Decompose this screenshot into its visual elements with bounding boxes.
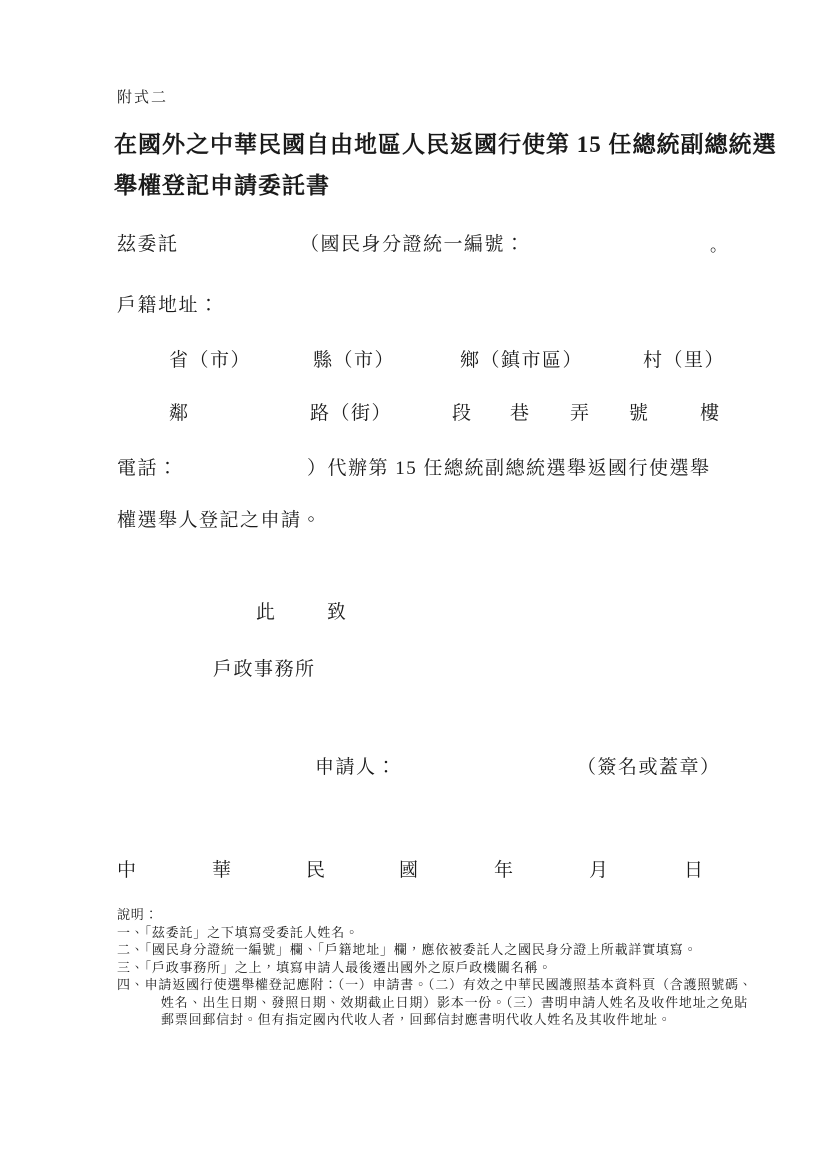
- address-unit-village: 村（里）: [643, 345, 725, 372]
- address-unit-township: 鄉（鎮市區）: [460, 345, 583, 372]
- date-char-guo: 國: [399, 855, 420, 882]
- address-row-2: 鄰 路（街） 段 巷 弄 號 樓: [117, 398, 757, 422]
- salutation-char-1: 此: [256, 597, 277, 624]
- delegation-statement-part2: 權選舉人登記之申請。: [117, 505, 757, 529]
- signature-or-seal-note: （簽名或蓋章）: [577, 752, 721, 779]
- address-label-line: 戶籍地址：: [117, 290, 757, 314]
- notes-section: 說明： 一、「茲委託」之下填寫受委託人姓名。 二、「國民身分證統一編號」欄、「戶…: [117, 906, 753, 1029]
- address-unit-floor: 樓: [700, 398, 721, 425]
- address-unit-neighborhood: 鄰: [169, 398, 190, 425]
- note-item-3: 三、「戶政事務所」之上，填寫申請人最後遷出國外之原戶政機關名稱。: [117, 959, 753, 977]
- address-unit-alley: 弄: [570, 398, 591, 425]
- date-char-day: 日: [684, 855, 705, 882]
- address-unit-section: 段: [452, 398, 473, 425]
- phone-line: 電話： ）代辦第 15 任總統副總統選舉返國行使選舉: [117, 453, 757, 477]
- entrust-label: 茲委託: [117, 229, 179, 256]
- address-unit-number: 號: [629, 398, 650, 425]
- salutation-line: 此 致: [117, 597, 757, 621]
- household-address-label: 戶籍地址：: [117, 290, 220, 317]
- address-unit-county-city: 縣（市）: [313, 345, 395, 372]
- note-item-2: 二、「國民身分證統一編號」欄、「戶籍地址」欄，應依被委託人之國民身分證上所載詳實…: [117, 941, 753, 959]
- applicant-label: 申請人：: [315, 752, 397, 779]
- date-char-year: 年: [494, 855, 515, 882]
- applicant-line: 申請人： （簽名或蓋章）: [117, 752, 757, 776]
- title-line-1: 在國外之中華民國自由地區人民返國行使第 15 任總統副總統選: [114, 124, 777, 165]
- address-unit-lane: 巷: [510, 398, 531, 425]
- date-char-zhong: 中: [117, 855, 138, 882]
- id-number-label: （國民身分證統一編號：: [300, 229, 526, 256]
- entrust-line: 茲委託 （國民身分證統一編號： 。: [117, 229, 757, 253]
- delegation-statement-part1: ）代辦第 15 任總統副總統選舉返國行使選舉: [307, 453, 711, 480]
- address-unit-road-street: 路（街）: [310, 398, 392, 425]
- date-line: 中 華 民 國 年 月 日: [117, 855, 757, 879]
- address-row-1: 省（市） 縣（市） 鄉（鎮市區） 村（里）: [117, 345, 757, 369]
- note-item-4: 四、申請返國行使選舉權登記應附：（一）申請書。（二）有效之中華民國護照基本資料頁…: [117, 976, 753, 1029]
- sentence-period: 。: [710, 231, 729, 256]
- date-char-hua: 華: [212, 855, 233, 882]
- address-unit-province-city: 省（市）: [169, 345, 251, 372]
- office-line: 戶政事務所: [117, 654, 757, 678]
- form-number-label: 附式二: [117, 86, 168, 107]
- document-page: 附式二 在國外之中華民國自由地區人民返國行使第 15 任總統副總統選 舉權登記申…: [0, 0, 827, 1169]
- salutation-char-2: 致: [327, 597, 348, 624]
- date-char-min: 民: [306, 855, 327, 882]
- date-char-month: 月: [589, 855, 610, 882]
- household-registration-office-label: 戶政事務所: [213, 654, 316, 681]
- note-item-1: 一、「茲委託」之下填寫受委託人姓名。: [117, 924, 753, 942]
- application-line-text: 權選舉人登記之申請。: [117, 505, 322, 532]
- document-title: 在國外之中華民國自由地區人民返國行使第 15 任總統副總統選 舉權登記申請委託書: [114, 124, 777, 206]
- notes-heading: 說明：: [117, 906, 753, 924]
- title-line-2: 舉權登記申請委託書: [114, 165, 777, 206]
- phone-label: 電話：: [117, 453, 179, 480]
